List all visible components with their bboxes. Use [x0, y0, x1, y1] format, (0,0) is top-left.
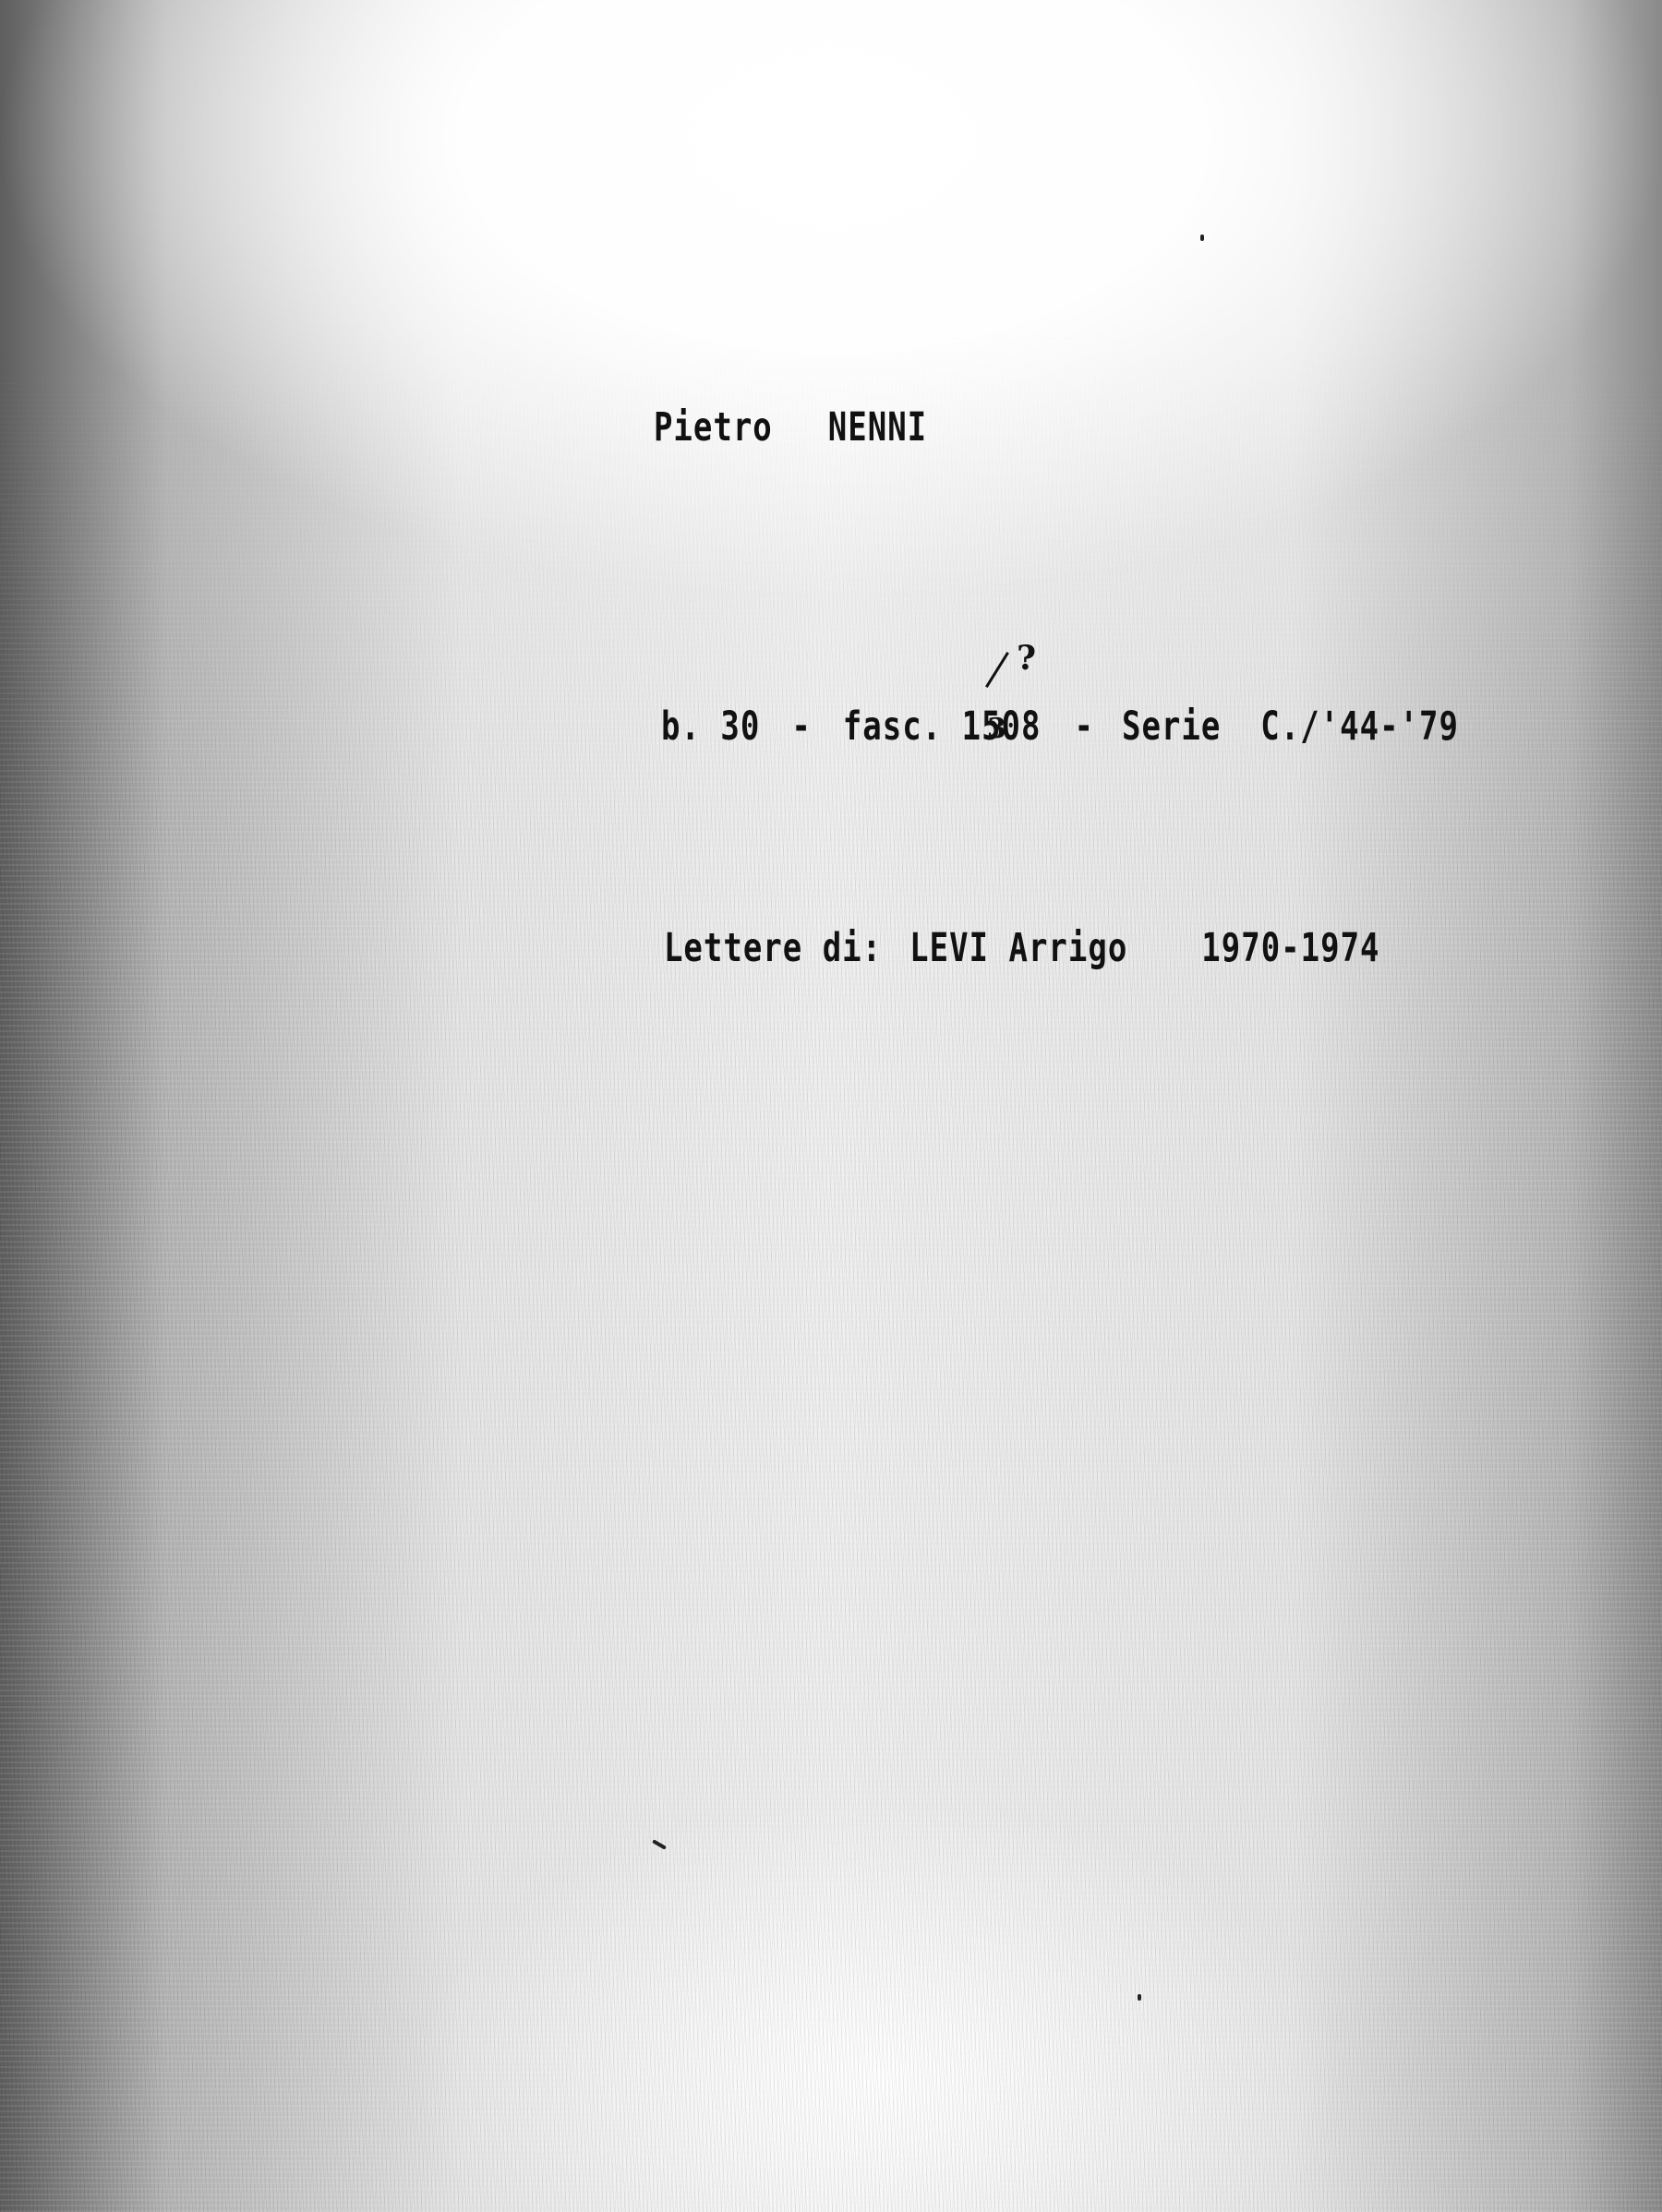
- photocopy-grain: [0, 0, 1662, 2212]
- letters-label: Lettere di:: [664, 925, 882, 971]
- dust-speck: [1200, 234, 1204, 241]
- dust-speck: [1138, 1994, 1141, 2001]
- letters-author: LEVI Arrigo: [909, 925, 1127, 971]
- serie-label: Serie C./'44-'79: [1122, 703, 1459, 750]
- busta-number: b. 30: [661, 703, 760, 750]
- fascicolo-number: fasc. 1508: [843, 703, 1042, 750]
- person-name-heading: PietroNENNI: [614, 358, 927, 451]
- archive-reference: b. 30-fasc. 1508-Serie C./'44-'79: [621, 657, 1459, 750]
- last-name: NENNI: [828, 404, 927, 451]
- letters-period: 1970-1974: [1201, 925, 1379, 971]
- first-name: Pietro: [654, 404, 773, 451]
- separator: -: [791, 703, 811, 750]
- handwritten-correction-digit: 3: [987, 713, 1006, 745]
- handwritten-question-mark: ?: [1017, 639, 1036, 678]
- letters-description: Lettere di:LEVI Arrigo1970-1974: [624, 879, 1380, 971]
- separator: -: [1075, 703, 1094, 750]
